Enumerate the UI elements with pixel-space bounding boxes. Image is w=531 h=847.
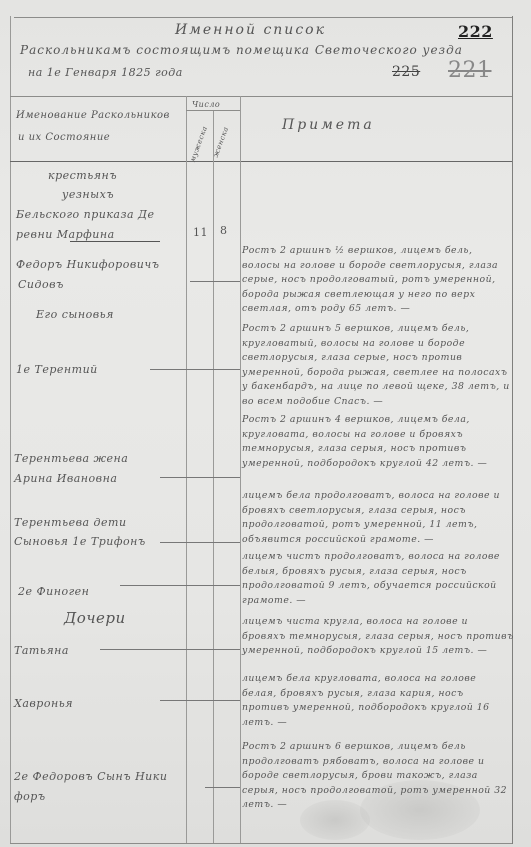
group-heading-line2: уезныхъ [62, 188, 114, 201]
row-name-line1: Дочери [64, 609, 126, 627]
row-remarks: лицемъ чиста кругла, волоса на голове и … [242, 615, 514, 659]
leader-dash [150, 369, 240, 370]
row-name-line1: Федоръ Никифоровичъ [16, 258, 160, 271]
old-page-number-struck: 225 [392, 64, 420, 80]
group-heading-line4: ревни Марфина [16, 228, 115, 241]
row-name-line2: Арина Ивановна [14, 472, 117, 485]
header-bottom-rule [10, 96, 512, 97]
row-remarks: Ростъ 2 аршинъ 4 вершков, лицемъ бела, к… [242, 413, 514, 471]
row-name-line2: Сыновья 1е Трифонъ [14, 535, 146, 548]
group-heading-line3: Бельского приказа Де [16, 208, 154, 221]
document-page: Именной список Раскольникамъ состоящимъ … [0, 0, 531, 847]
row-name-line1: Татьяна [14, 644, 69, 657]
row-name-line2: Сидовъ [18, 278, 64, 291]
page-number: 222 [458, 22, 493, 41]
row-name-line1: 1е Терентий [16, 363, 98, 376]
leader-dash [100, 649, 240, 650]
column-header-name-line1: Именование Раскольников [16, 110, 170, 121]
column-header-bottom-rule [10, 161, 512, 162]
male-count: 11 [193, 226, 208, 239]
group-heading-line1: крестьянъ [48, 169, 117, 182]
column-header-name-line2: и их Состояние [18, 132, 110, 143]
leader-dash [190, 281, 240, 282]
frame-bottom-border [10, 843, 512, 844]
row-name-line1: Его сыновья [36, 308, 114, 321]
row-remarks: лицемъ бела кругловата, волоса на голове… [242, 672, 514, 730]
row-name-line1: Терентьева жена [14, 452, 128, 465]
row-remarks: Ростъ 2 аршинъ ½ вершков, лицемъ бель, в… [242, 244, 514, 317]
leader-dash [120, 585, 240, 586]
row-remarks: Ростъ 2 аршинъ 6 вершков, лицемъ бель пр… [242, 740, 514, 813]
old-page-number: 221 [448, 58, 492, 83]
row-name-line1: 2е Федоровъ Сынъ Ники [14, 770, 167, 783]
leader-dash [160, 542, 240, 543]
column-divider-female [240, 96, 241, 843]
document-subtitle-line2: на 1е Генваря 1825 года [28, 66, 183, 79]
row-remarks: лицемъ чистъ продолговатъ, волоса на гол… [242, 550, 514, 608]
row-name-line1: Терентьева дети [14, 516, 127, 529]
row-name-line1: Хавронья [14, 697, 73, 710]
frame-left-border [10, 16, 11, 844]
leader-dash [160, 700, 240, 701]
frame-top-border [14, 17, 512, 18]
row-remarks: Ростъ 2 аршинъ 5 вершков, лицемъ бель, к… [242, 322, 514, 409]
column-header-female: женска [212, 126, 230, 159]
column-header-male: мужеска [189, 125, 209, 163]
column-header-remarks: Примета [282, 117, 375, 133]
row-remarks: лицемъ бела продолговатъ, волоса на голо… [242, 489, 514, 547]
female-count: 8 [220, 224, 228, 237]
row-name-line1: 2е Финоген [18, 585, 89, 598]
column-divider-name [186, 96, 187, 843]
document-title: Именной список [175, 22, 326, 38]
column-header-count: Число [192, 100, 220, 109]
village-name-underline [70, 241, 160, 242]
row-name-line2: форъ [14, 790, 46, 803]
leader-dash [160, 477, 240, 478]
count-header-rule [186, 110, 240, 111]
leader-dash [205, 787, 240, 788]
document-subtitle-line1: Раскольникамъ состоящимъ помещика Светоч… [20, 43, 463, 57]
